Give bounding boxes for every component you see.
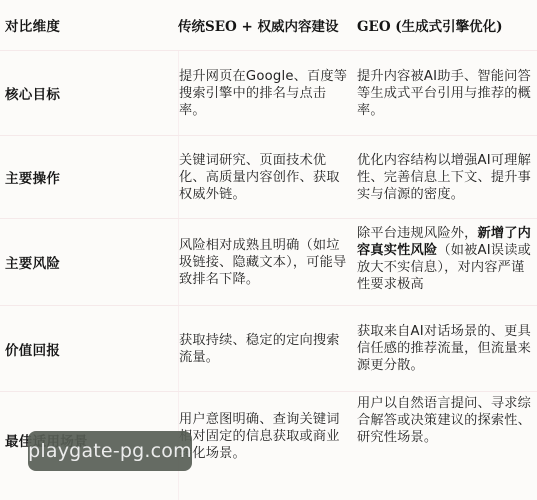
dimension-cell: 主要风险 — [5, 219, 175, 305]
geo-cell: 获取来自AI对话场景的、更具信任感的推荐流量，但流量来源更分散。 — [357, 306, 535, 391]
geo-text: 提升内容被AI助手、智能问答等生成式平台引用与推荐的概率。 — [357, 68, 535, 119]
seo-cell: 提升网页在Google、百度等搜索引擎中的排名与点击率。 — [178, 51, 350, 135]
table-row: 主要风险 风险相对成熟且明确（如垃圾链接、隐藏文本），可能导致排名下降。 除平台… — [0, 219, 537, 306]
comparison-table: 对比维度 传统SEO + 权威内容建设 GEO (生成式引擎优化) 核心目标 提… — [0, 0, 537, 500]
dimension-label: 主要风险 — [5, 252, 60, 272]
seo-text: 关键词研究、页面技术优化、高质量内容创作、获取权威外链。 — [179, 152, 350, 203]
geo-text: 除平台违规风险外，新增了内容真实性风险（如被AI误读或放大不实信息），对内容严谨… — [357, 225, 535, 293]
seo-cell: 关键词研究、页面技术优化、高质量内容创作、获取权威外链。 — [178, 136, 350, 218]
header-cell-geo: GEO (生成式引擎优化) — [357, 0, 535, 50]
seo-text: 用户意图明确、查询关键词相对固定的信息获取或商业转化场景。 — [179, 411, 350, 462]
watermark-text: playgate-pg.com — [28, 440, 192, 462]
header-label-seo: 传统SEO + 权威内容建设 — [178, 15, 339, 35]
seo-text: 获取持续、稳定的定向搜索流量。 — [179, 332, 350, 366]
header-label-dimension: 对比维度 — [5, 15, 60, 35]
header-cell-seo: 传统SEO + 权威内容建设 — [178, 0, 350, 50]
geo-cell: 优化内容结构以增强AI可理解性、完善信息上下文、提升事实与信源的密度。 — [357, 136, 535, 218]
header-cell-dimension: 对比维度 — [5, 0, 175, 50]
seo-text: 风险相对成熟且明确（如垃圾链接、隐藏文本），可能导致排名下降。 — [179, 237, 350, 288]
dimension-label: 主要操作 — [5, 167, 60, 187]
seo-text: 提升网页在Google、百度等搜索引擎中的排名与点击率。 — [179, 68, 350, 119]
table-row: 核心目标 提升网页在Google、百度等搜索引擎中的排名与点击率。 提升内容被A… — [0, 51, 537, 136]
table-header-row: 对比维度 传统SEO + 权威内容建设 GEO (生成式引擎优化) — [0, 0, 537, 51]
geo-cell: 用户以自然语言提问、寻求综合解答或决策建议的探索性、研究性场景。 — [357, 392, 535, 500]
geo-text: 获取来自AI对话场景的、更具信任感的推荐流量，但流量来源更分散。 — [357, 323, 535, 374]
dimension-label: 价值回报 — [5, 339, 60, 359]
seo-cell: 用户意图明确、查询关键词相对固定的信息获取或商业转化场景。 — [178, 392, 350, 500]
geo-cell: 除平台违规风险外，新增了内容真实性风险（如被AI误读或放大不实信息），对内容严谨… — [357, 219, 535, 305]
dimension-cell: 主要操作 — [5, 136, 175, 218]
dimension-cell: 价值回报 — [5, 306, 175, 391]
geo-text: 优化内容结构以增强AI可理解性、完善信息上下文、提升事实与信源的密度。 — [357, 152, 535, 203]
watermark-badge: playgate-pg.com — [28, 431, 192, 471]
seo-cell: 风险相对成熟且明确（如垃圾链接、隐藏文本），可能导致排名下降。 — [178, 219, 350, 305]
dimension-cell: 核心目标 — [5, 51, 175, 135]
geo-cell: 提升内容被AI助手、智能问答等生成式平台引用与推荐的概率。 — [357, 51, 535, 135]
geo-text-prefix: 除平台违规风险外， — [357, 226, 478, 241]
table-row: 主要操作 关键词研究、页面技术优化、高质量内容创作、获取权威外链。 优化内容结构… — [0, 136, 537, 219]
seo-cell: 获取持续、稳定的定向搜索流量。 — [178, 306, 350, 391]
geo-text: 用户以自然语言提问、寻求综合解答或决策建议的探索性、研究性场景。 — [357, 395, 535, 446]
header-label-geo: GEO (生成式引擎优化) — [357, 15, 503, 35]
dimension-label: 核心目标 — [5, 83, 60, 103]
table-row: 价值回报 获取持续、稳定的定向搜索流量。 获取来自AI对话场景的、更具信任感的推… — [0, 306, 537, 392]
